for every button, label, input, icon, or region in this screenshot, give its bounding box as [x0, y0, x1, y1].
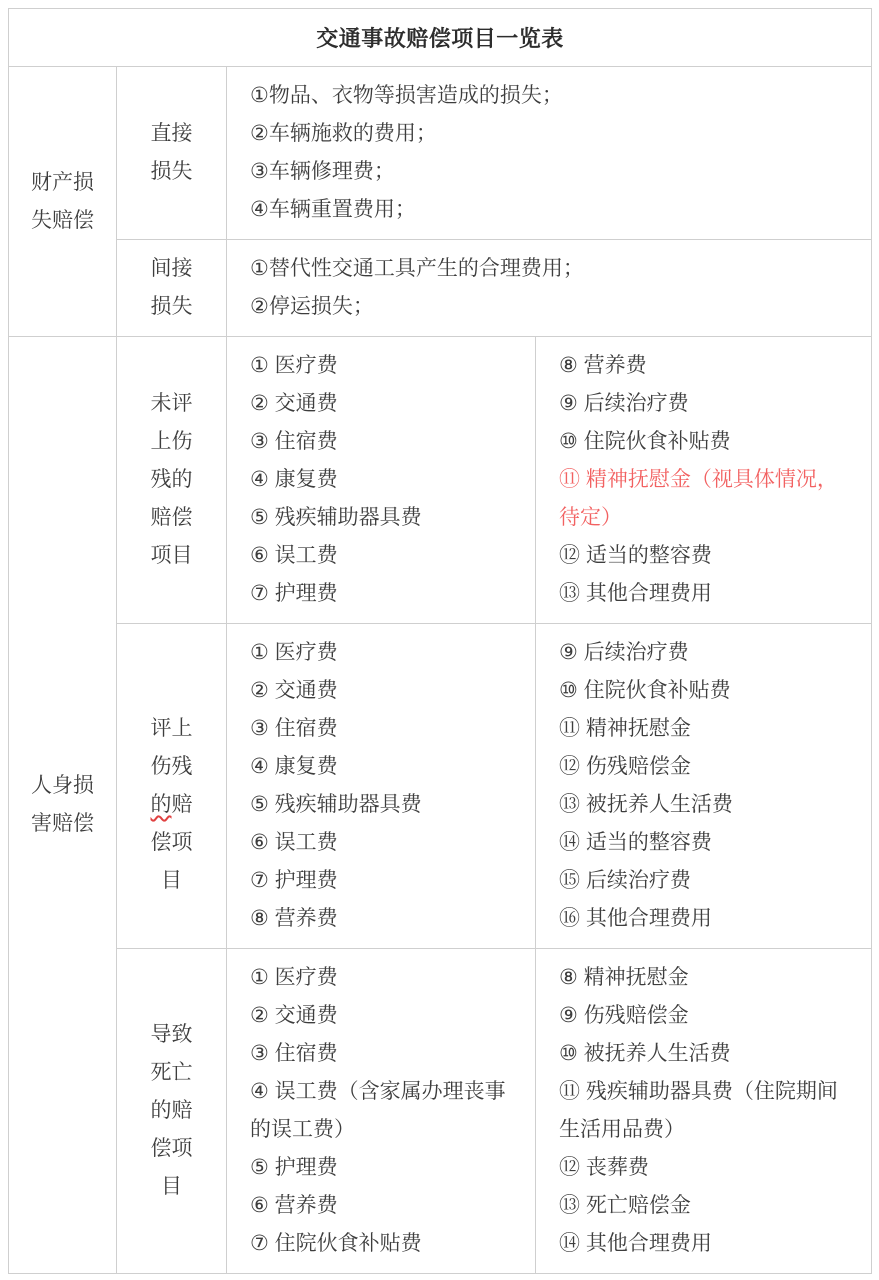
list-item: ②车辆施救的费用；: [250, 115, 859, 153]
list-item: ⑦ 护理费: [250, 862, 523, 900]
items-cell-not-rated-right: ⑧ 营养费 ⑨ 后续治疗费 ⑩ 住院伙食补贴费 ⑪ 精神抚慰金（视具体情况， 待…: [536, 337, 872, 624]
list-item: ⑦ 护理费: [250, 575, 523, 613]
list-item: ① 医疗费: [250, 634, 523, 672]
list-item: ⑫ 伤残赔偿金: [559, 748, 859, 786]
list-item: ④ 康复费: [250, 748, 523, 786]
list-item: ③ 住宿费: [250, 423, 523, 461]
list-item: ⑭ 适当的整容费: [559, 824, 859, 862]
list-item: ⑬ 其他合理费用: [559, 575, 859, 613]
list-item: ⑭ 其他合理费用: [559, 1225, 859, 1263]
list-item: ①物品、衣物等损害造成的损失；: [250, 77, 859, 115]
items-cell-death-right: ⑧ 精神抚慰金 ⑨ 伤残赔偿金 ⑩ 被抚养人生活费 ⑪ 残疾辅助器具费（住院期间…: [536, 949, 872, 1274]
list-item: ⑪ 残疾辅助器具费（住院期间 生活用品费）: [559, 1073, 859, 1149]
list-item: ② 交通费: [250, 385, 523, 423]
subcategory-rated-disability: 评上 伤残 的赔 偿项 目: [117, 624, 227, 949]
list-item: ⑥ 误工费: [250, 537, 523, 575]
items-cell-direct-loss: ①物品、衣物等损害造成的损失； ②车辆施救的费用； ③车辆修理费； ④车辆重置费…: [227, 67, 872, 240]
table-title: 交通事故赔偿项目一览表: [9, 9, 872, 67]
list-item: ⑫ 丧葬费: [559, 1149, 859, 1187]
list-item: ⑩ 住院伙食补贴费: [559, 672, 859, 710]
list-item: ⑨ 后续治疗费: [559, 634, 859, 672]
list-item: ⑧ 营养费: [250, 900, 523, 938]
row-indirect-loss: 间接 损失 ①替代性交通工具产生的合理费用； ②停运损失；: [9, 240, 872, 337]
category-personal-injury: 人身损 害赔偿: [9, 337, 117, 1274]
list-item: ②停运损失；: [250, 288, 859, 326]
list-item-highlighted: ⑪ 精神抚慰金（视具体情况， 待定）: [559, 461, 859, 537]
page: 交通事故赔偿项目一览表 财产损 失赔偿 直接 损失 ①物品、衣物等损害造成的损失…: [0, 0, 879, 1280]
list-item: ⑫ 适当的整容费: [559, 537, 859, 575]
row-not-rated-disability: 人身损 害赔偿 未评 上伤 残的 赔偿 项目 ① 医疗费 ② 交通费 ③ 住宿费…: [9, 337, 872, 624]
list-item: ② 交通费: [250, 672, 523, 710]
list-item: ⑪ 精神抚慰金: [559, 710, 859, 748]
title-row: 交通事故赔偿项目一览表: [9, 9, 872, 67]
list-item: ⑨ 伤残赔偿金: [559, 997, 859, 1035]
subcategory-direct-loss: 直接 损失: [117, 67, 227, 240]
list-item: ③车辆修理费；: [250, 153, 859, 191]
items-cell-not-rated-left: ① 医疗费 ② 交通费 ③ 住宿费 ④ 康复费 ⑤ 残疾辅助器具费 ⑥ 误工费 …: [227, 337, 536, 624]
list-item: ⑤ 残疾辅助器具费: [250, 499, 523, 537]
list-item: ⑧ 营养费: [559, 347, 859, 385]
list-item: ⑯ 其他合理费用: [559, 900, 859, 938]
row-death: 导致 死亡 的赔 偿项 目 ① 医疗费 ② 交通费 ③ 住宿费 ④ 误工费（含家…: [9, 949, 872, 1274]
list-item: ⑧ 精神抚慰金: [559, 959, 859, 997]
list-item: ①替代性交通工具产生的合理费用；: [250, 250, 859, 288]
list-item: ⑤ 残疾辅助器具费: [250, 786, 523, 824]
category-property-loss: 财产损 失赔偿: [9, 67, 117, 337]
spellcheck-marked-char: 的: [151, 793, 172, 816]
list-item: ④ 康复费: [250, 461, 523, 499]
row-rated-disability: 评上 伤残 的赔 偿项 目 ① 医疗费 ② 交通费 ③ 住宿费 ④ 康复费 ⑤ …: [9, 624, 872, 949]
list-item: ① 医疗费: [250, 347, 523, 385]
list-item: ⑩ 被抚养人生活费: [559, 1035, 859, 1073]
subcategory-indirect-loss: 间接 损失: [117, 240, 227, 337]
list-item: ③ 住宿费: [250, 1035, 523, 1073]
list-item: ④ 误工费（含家属办理丧事 的误工费）: [250, 1073, 523, 1149]
row-direct-loss: 财产损 失赔偿 直接 损失 ①物品、衣物等损害造成的损失； ②车辆施救的费用； …: [9, 67, 872, 240]
list-item: ③ 住宿费: [250, 710, 523, 748]
list-item: ⑬ 死亡赔偿金: [559, 1187, 859, 1225]
list-item: ⑥ 误工费: [250, 824, 523, 862]
items-cell-rated-left: ① 医疗费 ② 交通费 ③ 住宿费 ④ 康复费 ⑤ 残疾辅助器具费 ⑥ 误工费 …: [227, 624, 536, 949]
items-cell-death-left: ① 医疗费 ② 交通费 ③ 住宿费 ④ 误工费（含家属办理丧事 的误工费） ⑤ …: [227, 949, 536, 1274]
list-item: ⑤ 护理费: [250, 1149, 523, 1187]
list-item: ⑬ 被抚养人生活费: [559, 786, 859, 824]
items-cell-rated-right: ⑨ 后续治疗费 ⑩ 住院伙食补贴费 ⑪ 精神抚慰金 ⑫ 伤残赔偿金 ⑬ 被抚养人…: [536, 624, 872, 949]
subcategory-death: 导致 死亡 的赔 偿项 目: [117, 949, 227, 1274]
compensation-table: 交通事故赔偿项目一览表 财产损 失赔偿 直接 损失 ①物品、衣物等损害造成的损失…: [8, 8, 872, 1274]
list-item: ② 交通费: [250, 997, 523, 1035]
list-item: ⑦ 住院伙食补贴费: [250, 1225, 523, 1263]
list-item: ⑩ 住院伙食补贴费: [559, 423, 859, 461]
subcategory-not-rated-disability: 未评 上伤 残的 赔偿 项目: [117, 337, 227, 624]
subcategory-text: 评上 伤残: [151, 717, 193, 778]
items-cell-indirect-loss: ①替代性交通工具产生的合理费用； ②停运损失；: [227, 240, 872, 337]
list-item: ⑨ 后续治疗费: [559, 385, 859, 423]
list-item: ⑮ 后续治疗费: [559, 862, 859, 900]
list-item: ⑥ 营养费: [250, 1187, 523, 1225]
list-item: ① 医疗费: [250, 959, 523, 997]
list-item: ④车辆重置费用；: [250, 191, 859, 229]
